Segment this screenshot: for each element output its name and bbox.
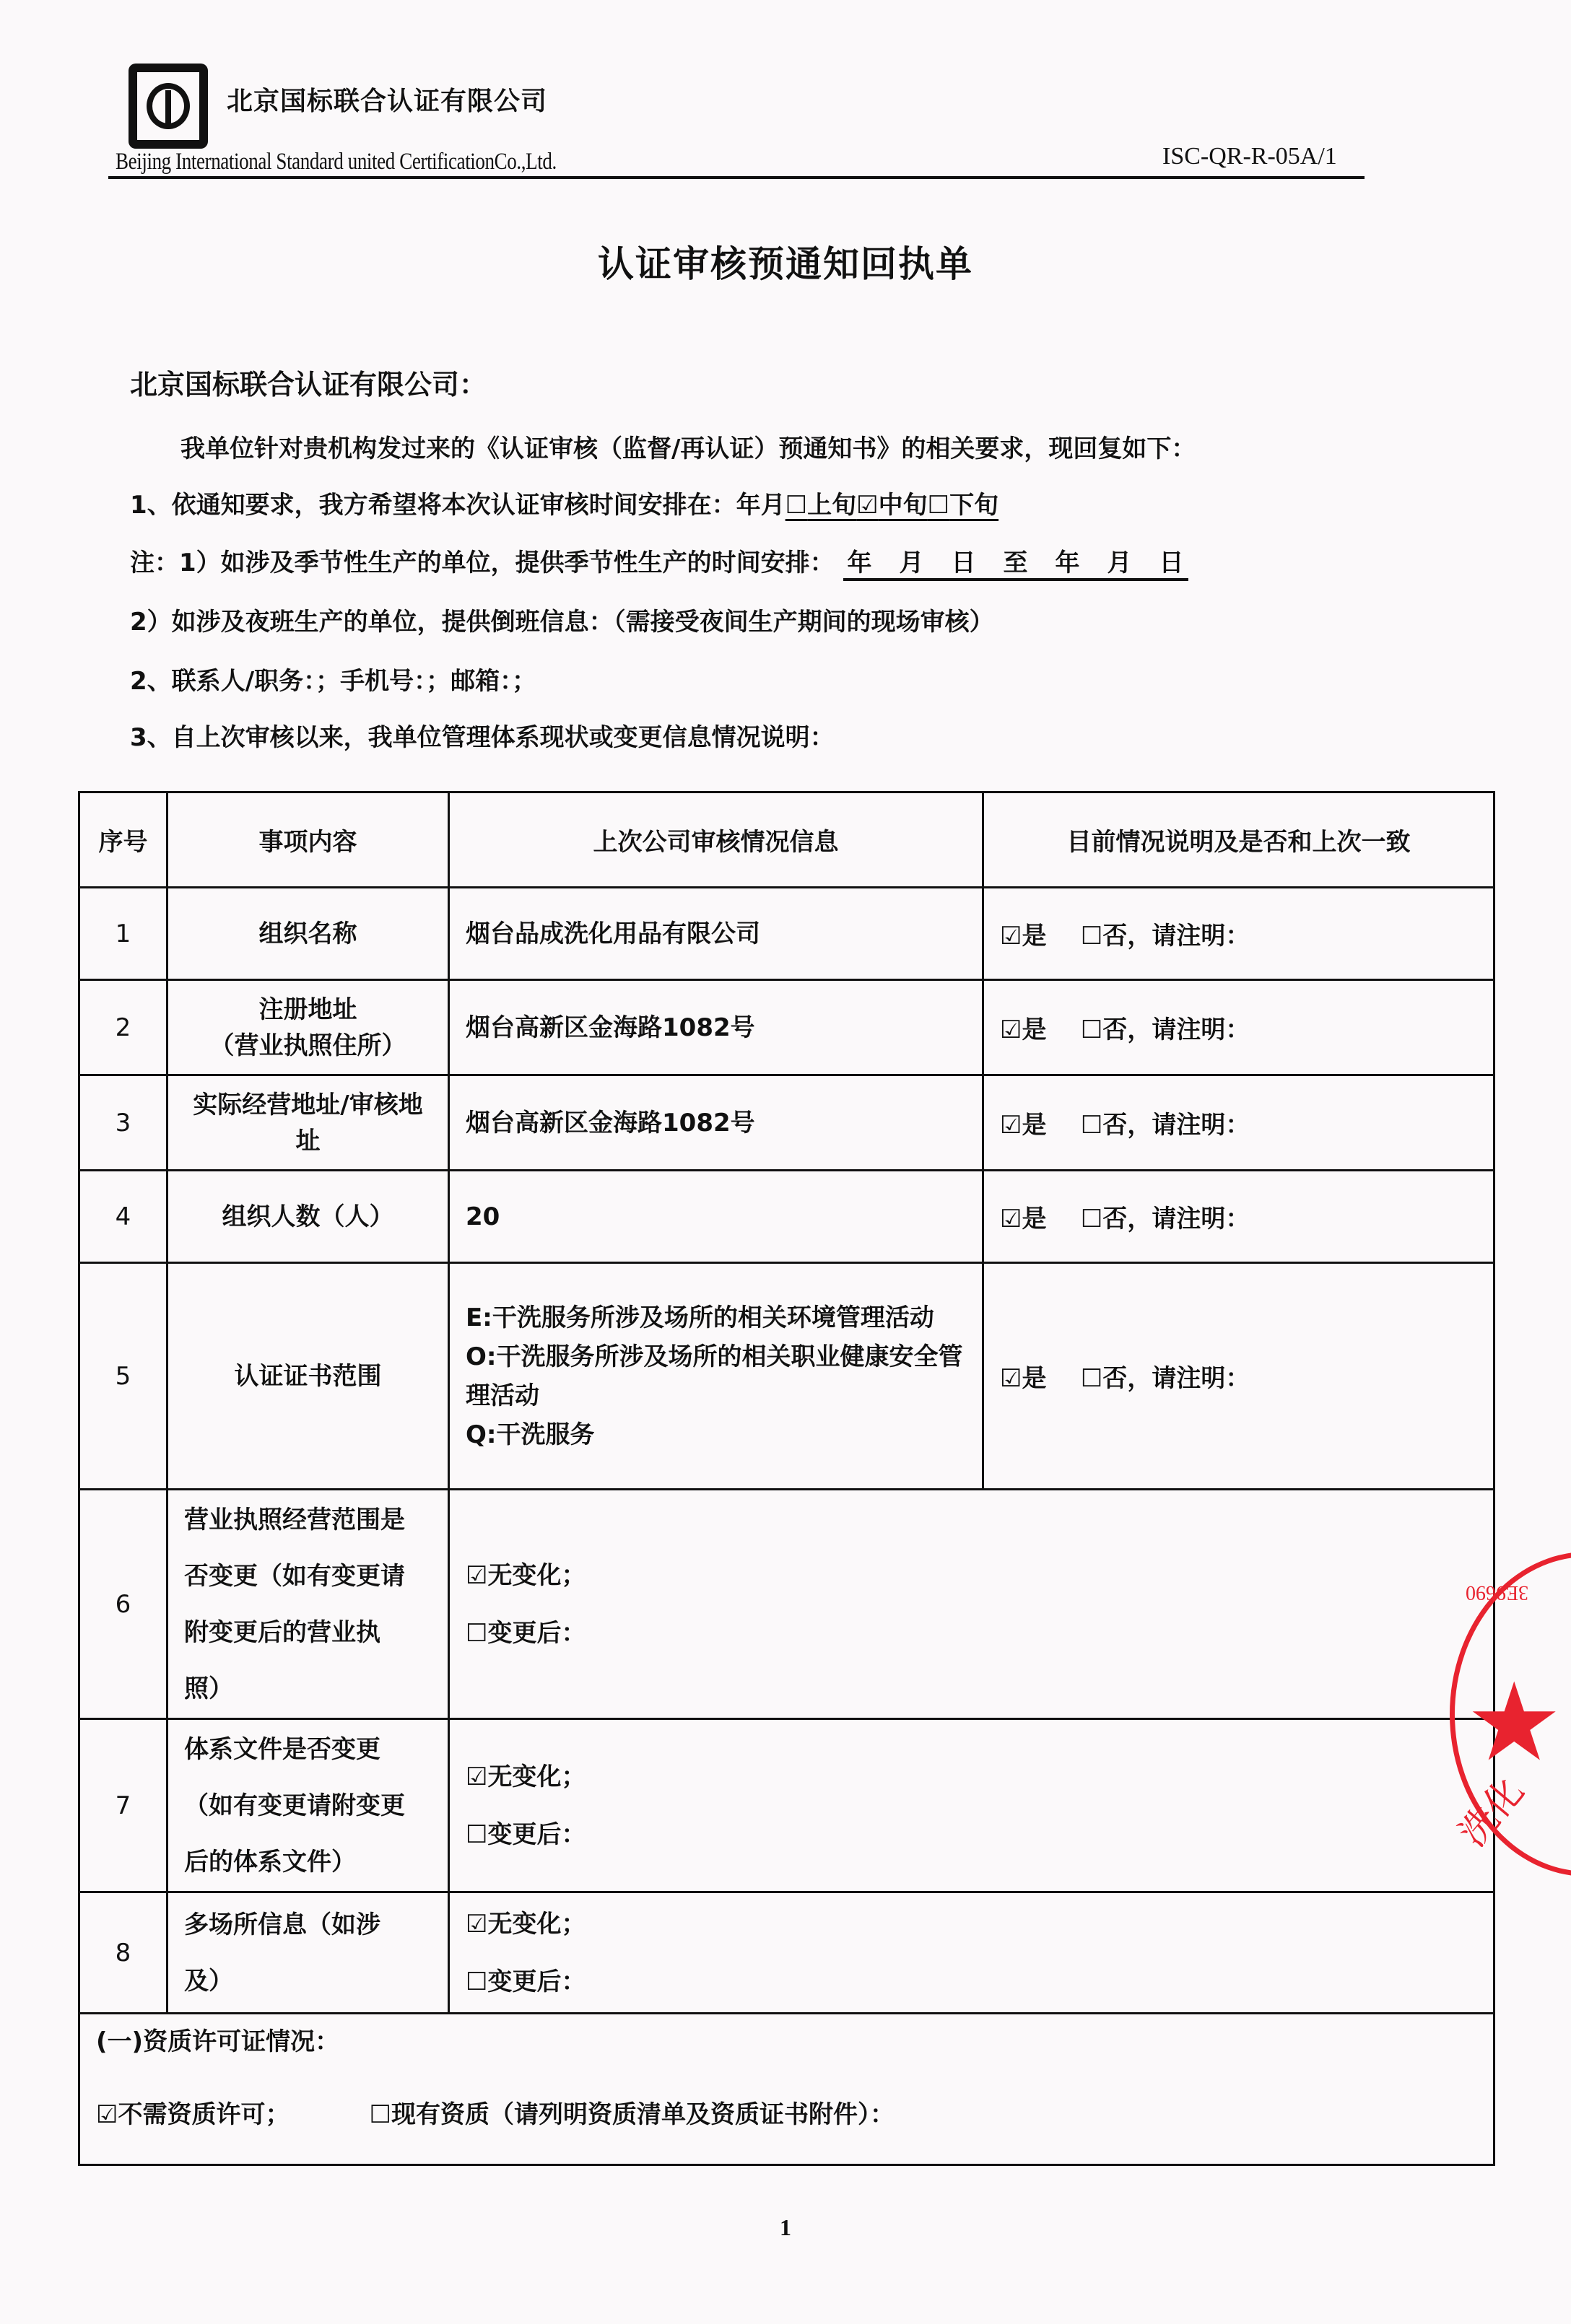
checkbox-no-change[interactable]: ☑	[466, 1561, 487, 1590]
row-yes-no: ☑是 ☐否，请注明：	[983, 888, 1494, 980]
row-prev-value: 烟台高新区金海路1082号	[449, 1075, 983, 1171]
row-prev-value: 烟台品成洗化用品有限公司	[449, 888, 983, 980]
company-logo-icon	[129, 64, 208, 149]
header-divider	[108, 176, 1365, 179]
document-code: ISC-QR-R-05A/1	[1162, 143, 1337, 170]
option-late-label: 下旬	[949, 491, 998, 520]
status-intro: 3、自上次审核以来，我单位管理体系现状或变更信息情况说明：	[130, 717, 835, 753]
schedule-options: ☐上旬☑中旬☐下旬	[785, 491, 998, 520]
qualification-cell: (一)资质许可证情况： ☑不需资质许可；☐现有资质（请列明资质清单及资质证书附件…	[79, 2014, 1494, 2165]
page-title: 认证审核预通知回执单	[0, 235, 1571, 287]
row-yes-no: ☑是 ☐否，请注明：	[983, 980, 1494, 1075]
qualification-options: ☑不需资质许可；☐现有资质（请列明资质清单及资质证书附件）：	[96, 2094, 1493, 2130]
contact-line: 2、联系人/职务：；手机号：；邮箱：；	[130, 661, 536, 696]
row-item: 注册地址（营业执照住所）	[167, 980, 449, 1075]
table-header-row: 序号 事项内容 上次公司审核情况信息 目前情况说明及是否和上次一致	[79, 792, 1494, 888]
row-prev-value: 烟台高新区金海路1082号	[449, 980, 983, 1075]
header-no: 序号	[79, 792, 167, 888]
qualification-row: (一)资质许可证情况： ☑不需资质许可；☐现有资质（请列明资质清单及资质证书附件…	[79, 2014, 1494, 2165]
seasonal-note: 注：1）如涉及季节性生产的单位，提供季节性生产的时间安排： 年月日至年月日	[130, 543, 1188, 581]
row-no: 3	[79, 1075, 167, 1171]
checkbox-no-change[interactable]: ☑	[466, 1762, 487, 1791]
row-no: 7	[79, 1719, 167, 1892]
row-prev-value: 20	[449, 1171, 983, 1263]
schedule-label: 1、依通知要求，我方希望将本次认证审核时间安排在：年月	[130, 491, 785, 520]
intro-text: 我单位针对贵机构发过来的《认证审核（监督/再认证）预通知书》的相关要求，现回复如…	[180, 429, 1196, 464]
row-item: 体系文件是否变更（如有变更请附变更后的体系文件）	[167, 1719, 449, 1892]
table-row: 2 注册地址（营业执照住所） 烟台高新区金海路1082号 ☑是 ☐否，请注明：	[79, 980, 1494, 1075]
row-item: 多场所信息（如涉及）	[167, 1892, 449, 2014]
checkbox-no-qualification-needed[interactable]: ☑	[96, 2100, 118, 2129]
row-change-options: ☑无变化；☐变更后：	[449, 1490, 1494, 1719]
checkbox-no[interactable]: ☐	[1081, 922, 1102, 951]
row-no: 6	[79, 1490, 167, 1719]
page-number: 1	[0, 2214, 1571, 2241]
row-item: 实际经营地址/审核地址	[167, 1075, 449, 1171]
checkbox-late-month[interactable]: ☐	[928, 491, 949, 520]
row-no: 4	[79, 1171, 167, 1263]
checkbox-yes[interactable]: ☑	[1000, 1364, 1022, 1393]
table-row: 5 认证证书范围 E:干洗服务所涉及场所的相关环境管理活动O:干洗服务所涉及场所…	[79, 1263, 1494, 1490]
header-item: 事项内容	[167, 792, 449, 888]
checkbox-mid-month[interactable]: ☑	[856, 491, 878, 520]
row-item: 营业执照经营范围是否变更（如有变更请附变更后的营业执照）	[167, 1490, 449, 1719]
option-mid-label: 中旬	[879, 491, 928, 520]
row-no: 2	[79, 980, 167, 1075]
table-row: 7 体系文件是否变更（如有变更请附变更后的体系文件） ☑无变化；☐变更后：	[79, 1719, 1494, 1892]
row-item: 组织名称	[167, 888, 449, 980]
checkbox-no[interactable]: ☐	[1081, 1111, 1102, 1140]
checkbox-no[interactable]: ☐	[1081, 1364, 1102, 1393]
schedule-line: 1、依通知要求，我方希望将本次认证审核时间安排在：年月☐上旬☑中旬☐下旬	[130, 485, 998, 520]
checkbox-yes[interactable]: ☑	[1000, 1015, 1022, 1044]
header-prev: 上次公司审核情况信息	[449, 792, 983, 888]
row-no: 8	[79, 1892, 167, 2014]
night-shift-note: 2）如涉及夜班生产的单位，提供倒班信息：（需接受夜间生产期间的现场审核）	[130, 602, 994, 637]
company-name-en: Beijing International Standard united Ce…	[116, 149, 557, 175]
table-row: 4 组织人数（人） 20 ☑是 ☐否，请注明：	[79, 1171, 1494, 1263]
checkbox-no[interactable]: ☐	[1081, 1205, 1102, 1233]
audit-info-table: 序号 事项内容 上次公司审核情况信息 目前情况说明及是否和上次一致 1 组织名称…	[78, 791, 1495, 2166]
row-yes-no: ☑是 ☐否，请注明：	[983, 1075, 1494, 1171]
checkbox-changed[interactable]: ☐	[466, 1820, 487, 1849]
row-no: 5	[79, 1263, 167, 1490]
table-row: 6 营业执照经营范围是否变更（如有变更请附变更后的营业执照） ☑无变化；☐变更后…	[79, 1490, 1494, 1719]
row-item: 组织人数（人）	[167, 1171, 449, 1263]
checkbox-yes[interactable]: ☑	[1000, 922, 1022, 951]
table-row: 3 实际经营地址/审核地址 烟台高新区金海路1082号 ☑是 ☐否，请注明：	[79, 1075, 1494, 1171]
header-now: 目前情况说明及是否和上次一致	[983, 792, 1494, 888]
row-change-options: ☑无变化；☐变更后：	[449, 1719, 1494, 1892]
row-yes-no: ☑是 ☐否，请注明：	[983, 1171, 1494, 1263]
row-change-options: ☑无变化；☐变更后：	[449, 1892, 1494, 2014]
checkbox-changed[interactable]: ☐	[466, 1619, 487, 1648]
option-early-label: 上旬	[807, 491, 856, 520]
seasonal-note-label: 注：1）如涉及季节性生产的单位，提供季节性生产的时间安排：	[130, 549, 835, 577]
addressee: 北京国标联合认证有限公司：	[130, 362, 487, 402]
checkbox-no-change[interactable]: ☑	[466, 1910, 487, 1939]
seal-code-text: 3E9690	[1466, 1581, 1528, 1604]
company-name-cn: 北京国标联合认证有限公司	[227, 81, 547, 118]
checkbox-early-month[interactable]: ☐	[785, 491, 807, 520]
seasonal-date-range-field[interactable]: 年月日至年月日	[843, 543, 1188, 581]
checkbox-changed[interactable]: ☐	[466, 1967, 487, 1996]
row-prev-value: E:干洗服务所涉及场所的相关环境管理活动O:干洗服务所涉及场所的相关职业健康安全…	[449, 1263, 983, 1490]
checkbox-yes[interactable]: ☑	[1000, 1205, 1022, 1233]
row-item: 认证证书范围	[167, 1263, 449, 1490]
qualification-title: (一)资质许可证情况：	[96, 2022, 1493, 2057]
checkbox-yes[interactable]: ☑	[1000, 1111, 1022, 1140]
table-row: 8 多场所信息（如涉及） ☑无变化；☐变更后：	[79, 1892, 1494, 2014]
checkbox-no[interactable]: ☐	[1081, 1015, 1102, 1044]
table-row: 1 组织名称 烟台品成洗化用品有限公司 ☑是 ☐否，请注明：	[79, 888, 1494, 980]
seal-star-icon: ★	[1466, 1669, 1562, 1777]
checkbox-existing-qualification[interactable]: ☐	[369, 2100, 391, 2129]
row-no: 1	[79, 888, 167, 980]
row-yes-no: ☑是 ☐否，请注明：	[983, 1263, 1494, 1490]
